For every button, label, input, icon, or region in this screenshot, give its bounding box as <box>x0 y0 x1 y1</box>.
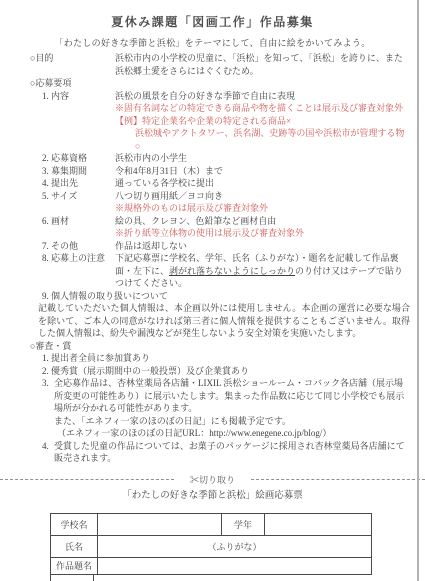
requirement-label: 4. 提出先 <box>42 177 115 190</box>
section-purpose: ○目的 浜松市内の小学校の児童に、「浜松」を知って、「浜松」を誇りに、また浜松郷… <box>30 52 425 77</box>
grade-label: 学年 <box>222 513 265 535</box>
exhibition-body: 全応募作品は、杏林堂薬局各店舗・LIXIL 浜松ショールーム・コバック各店舗（展… <box>54 377 409 415</box>
name-field-furigana: （ふりがな） <box>98 535 372 557</box>
scissors-icon: ✂ <box>190 475 199 485</box>
requirement-item-application-note: 8. 応募上の注意 下記応募票に学校名、学年、氏名（ふりがな）・題名を記載して作… <box>42 252 425 290</box>
requirement-item-submit-to: 4. 提出先 通っている各学校に提出 <box>42 177 425 190</box>
restriction-note: ※折り紙等立体物の使用は展示及び審査対象外 <box>115 227 408 240</box>
restriction-note: ※固有名詞などの特定できる商品や物を描くことは展示及び審査対象外 <box>115 102 408 115</box>
requirement-value: 浜松市内の小学生 <box>115 152 408 165</box>
judging-item-participation-prize: 1. 提出者全員に参加賞あり <box>42 352 425 365</box>
grade-field <box>265 513 372 535</box>
requirement-value: 絵の具、クレヨン、色鉛筆など画材自由 <box>115 215 408 228</box>
requirement-label: 1. 内容 <box>42 90 115 153</box>
doc-subtitle: 「わたしの好きな季節と浜松」をテーマにして、自由に絵をかいてみよう。 <box>0 37 425 50</box>
requirement-value: 浜松の風景を自分の好きな季節で自由に表現 <box>115 90 408 103</box>
work-title-label: 作品題名 <box>51 557 98 574</box>
requirement-item-size: 5. サイズ 八つ切り画用紙／ヨコ向き ※規格外のものは展示及び審査対象外 <box>42 190 425 215</box>
doc-title: 夏休み課題「図画工作」作品募集 <box>12 13 413 31</box>
blog-mention: また、「エネフィ一家のほのぼの日記」にも掲載予定です。 <box>54 415 409 428</box>
requirement-label: 7. その他 <box>42 240 115 253</box>
requirement-item-eligibility: 2. 応募資格 浜松市内の小学生 <box>42 152 425 165</box>
requirement-value: 八つ切り画用紙／ヨコ向き <box>115 190 408 203</box>
requirement-value: 令和4年8月31日（木）まで <box>115 165 408 178</box>
blog-url: （エネフィ一家のほのぼの日記URL：http://www.enegene.co.… <box>54 427 409 440</box>
purpose-heading: ○目的 <box>30 52 115 77</box>
requirement-label: 6. 画材 <box>42 215 115 240</box>
cut-dash-right <box>251 479 425 480</box>
work-title-field <box>98 557 372 574</box>
requirement-value: 作品は返却しない <box>115 240 408 253</box>
judging-item-exhibition: 3. 全応募作品は、杏林堂薬局各店舗・LIXIL 浜松ショールーム・コバック各店… <box>42 377 425 440</box>
restriction-note-allowed: 浜松城やアクトタワー、浜名湖、史跡等の国や浜松市が管理する物○ <box>135 127 408 152</box>
requirement-value: 通っている各学校に提出 <box>115 177 408 190</box>
judging-item-excellence-prize: 2. 優秀賞（展示期間中の一般投票）及び企業賞あり <box>42 365 425 378</box>
application-flyer-page: { "title": "夏休み課題「図画工作」作品募集", "subtitle"… <box>0 0 425 581</box>
item-number: 4. <box>42 440 54 465</box>
requirement-label: 8. 応募上の注意 <box>42 252 115 290</box>
restriction-note-example: 【例】特定企業名や企業の特定される商品× <box>115 115 408 128</box>
requirement-label: 3. 募集期間 <box>42 165 115 178</box>
cut-line: ✂切り取り <box>0 473 425 486</box>
form-row-name: 氏名 （ふりがな） <box>51 535 372 557</box>
form-row-work-title: 作品題名 <box>51 557 372 574</box>
form-row-school: 学校名 学年 <box>51 513 372 535</box>
requirement-label: 5. サイズ <box>42 190 115 215</box>
purpose-body: 浜松市内の小学校の児童に、「浜松」を知って、「浜松」を誇りに、また浜松郷土愛をさ… <box>115 52 410 77</box>
judging-item-package: 4. 受賞した児童の作品については、お菓子のパッケージに採用され杏林堂薬局各店舗… <box>42 440 425 465</box>
underlined-emphasis: 剥がれ落ちないようにしっかり <box>169 266 295 276</box>
item-number: 3. <box>42 377 54 440</box>
package-body: 受賞した児童の作品については、お菓子のパッケージに採用され杏林堂薬局各店舗にて販… <box>54 440 409 465</box>
entry-form-title: 「わたしの好きな季節と浜松」絵画応募票 <box>0 490 425 503</box>
requirement-item-content: 1. 内容 浜松の風景を自分の好きな季節で自由に表現 ※固有名詞などの特定できる… <box>42 90 425 153</box>
name-label: 氏名 <box>51 535 98 557</box>
requirement-item-period: 3. 募集期間 令和4年8月31日（木）まで <box>42 165 425 178</box>
restriction-note: ※規格外のものは展示及び審査対象外 <box>115 202 408 215</box>
privacy-paragraph: 記載していただいた個人情報は、本企画以外には使用しません。本企画の運営に必要な場… <box>38 302 410 340</box>
page-edge-line <box>417 0 419 581</box>
judging-heading: ○審査・賞 <box>30 340 425 353</box>
requirement-item-other: 7. その他 作品は返却しない <box>42 240 425 253</box>
school-name-field <box>98 513 222 535</box>
requirement-item-materials: 6. 画材 絵の具、クレヨン、色鉛筆など画材自由 ※折り紙等立体物の使用は展示及… <box>42 215 425 240</box>
cut-dash-left <box>0 479 174 480</box>
table-cutoff-stub <box>50 575 94 581</box>
school-name-label: 学校名 <box>51 513 98 535</box>
requirement-label: 2. 応募資格 <box>42 152 115 165</box>
cut-label: 切り取り <box>199 475 235 485</box>
privacy-heading: 9. 個人情報の取り扱いについて <box>42 290 425 303</box>
requirement-value: 下記応募票に学校名、学年、氏名（ふりがな）・題名を記載して作品裏面・左下に、剥が… <box>115 252 408 290</box>
entry-form-table: 学校名 学年 氏名 （ふりがな） 作品題名 <box>50 513 372 575</box>
requirements-heading: ○応募要項 <box>30 77 425 90</box>
